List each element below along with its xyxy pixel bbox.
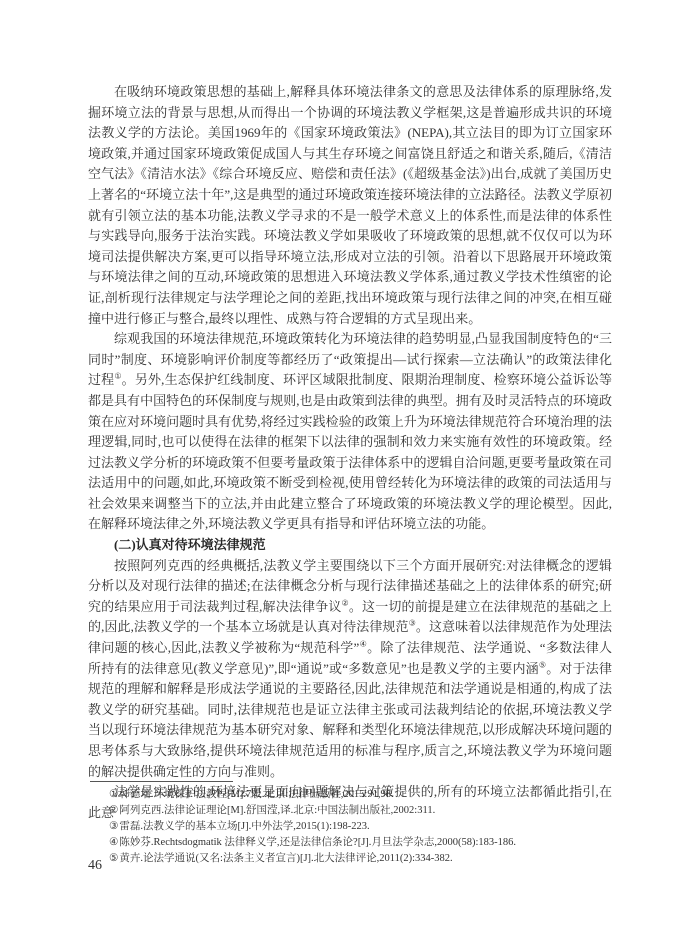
page-number: 46 [88, 858, 102, 874]
footnote-reference: ① [114, 372, 121, 381]
footnote-text: 陈妙芬.Rechtsdogmatik 法律释义学,还是法律信条论?[J].月旦法… [119, 837, 516, 848]
text-run: (二)认真对待环境法律规范 [114, 537, 266, 552]
text-run: 。另外,生态保护红线制度、环评区域限批制度、限期治理制度、检察环境公益诉讼等都是… [88, 372, 612, 531]
footnote-list: ①韩德培.环境保护法教程[M].7版.北京:法律出版社,2015:91,98.②… [88, 787, 612, 867]
footnote-item: ②阿列克西.法律论证理论[M].舒国滢,译.北京:中国法制出版社,2002:31… [88, 803, 612, 819]
body-paragraph: 综观我国的环境法律规范,环境政策转化为环境法律的趋势明显,凸显我国制度特色的“三… [88, 329, 612, 535]
footnote-item: ⑤黄卉.论法学通说(又名:法条主义者宣言)[J].北大法律评论,2011(2):… [88, 851, 612, 867]
footnote-text: 黄卉.论法学通说(又名:法条主义者宣言)[J].北大法律评论,2011(2):3… [119, 853, 452, 864]
footnote-number: ④ [109, 837, 118, 848]
footnote-item: ①韩德培.环境保护法教程[M].7版.北京:法律出版社,2015:91,98. [88, 787, 612, 803]
footnote-text: 阿列克西.法律论证理论[M].舒国滢,译.北京:中国法制出版社,2002:311… [119, 805, 435, 816]
body-paragraph: 在吸纳环境政策思想的基础上,解释具体环境法律条文的意思及法律体系的原理脉络,发掘… [88, 82, 612, 329]
footnote-text: 雷磊.法教义学的基本立场[J].中外法学,2015(1):198-223. [119, 821, 369, 832]
footnote-number: ① [109, 789, 118, 800]
footnote-text: 韩德培.环境保护法教程[M].7版.北京:法律出版社,2015:91,98. [119, 789, 393, 800]
footnote-number: ③ [109, 821, 118, 832]
document-page: 在吸纳环境政策思想的基础上,解释具体环境法律条文的意思及法律体系的原理脉络,发掘… [0, 0, 700, 943]
article-body: 在吸纳环境政策思想的基础上,解释具体环境法律条文的意思及法律体系的原理脉络,发掘… [88, 82, 612, 823]
footnote-item: ③雷磊.法教义学的基本立场[J].中外法学,2015(1):198-223. [88, 819, 612, 835]
footnote-reference: ③ [409, 619, 416, 628]
body-paragraph: 按照阿列克西的经典概括,法教义学主要围绕以下三个方面开展研究:对法律概念的逻辑分… [88, 556, 612, 783]
footnote-number: ⑤ [109, 853, 118, 864]
text-run: 在吸纳环境政策思想的基础上,解释具体环境法律条文的意思及法律体系的原理脉络,发掘… [88, 84, 612, 326]
section-heading: (二)认真对待环境法律规范 [88, 535, 612, 556]
footnote-number: ② [109, 805, 118, 816]
footnote-separator [90, 781, 233, 782]
footnote-reference: ④ [359, 640, 367, 649]
footnote-reference: ② [342, 599, 349, 608]
footnote-item: ④陈妙芬.Rechtsdogmatik 法律释义学,还是法律信条论?[J].月旦… [88, 835, 612, 851]
text-run: 。对于法律规范的理解和解释是形成法学通说的主要路径,因此,法律规范和法学通说是相… [88, 661, 612, 779]
